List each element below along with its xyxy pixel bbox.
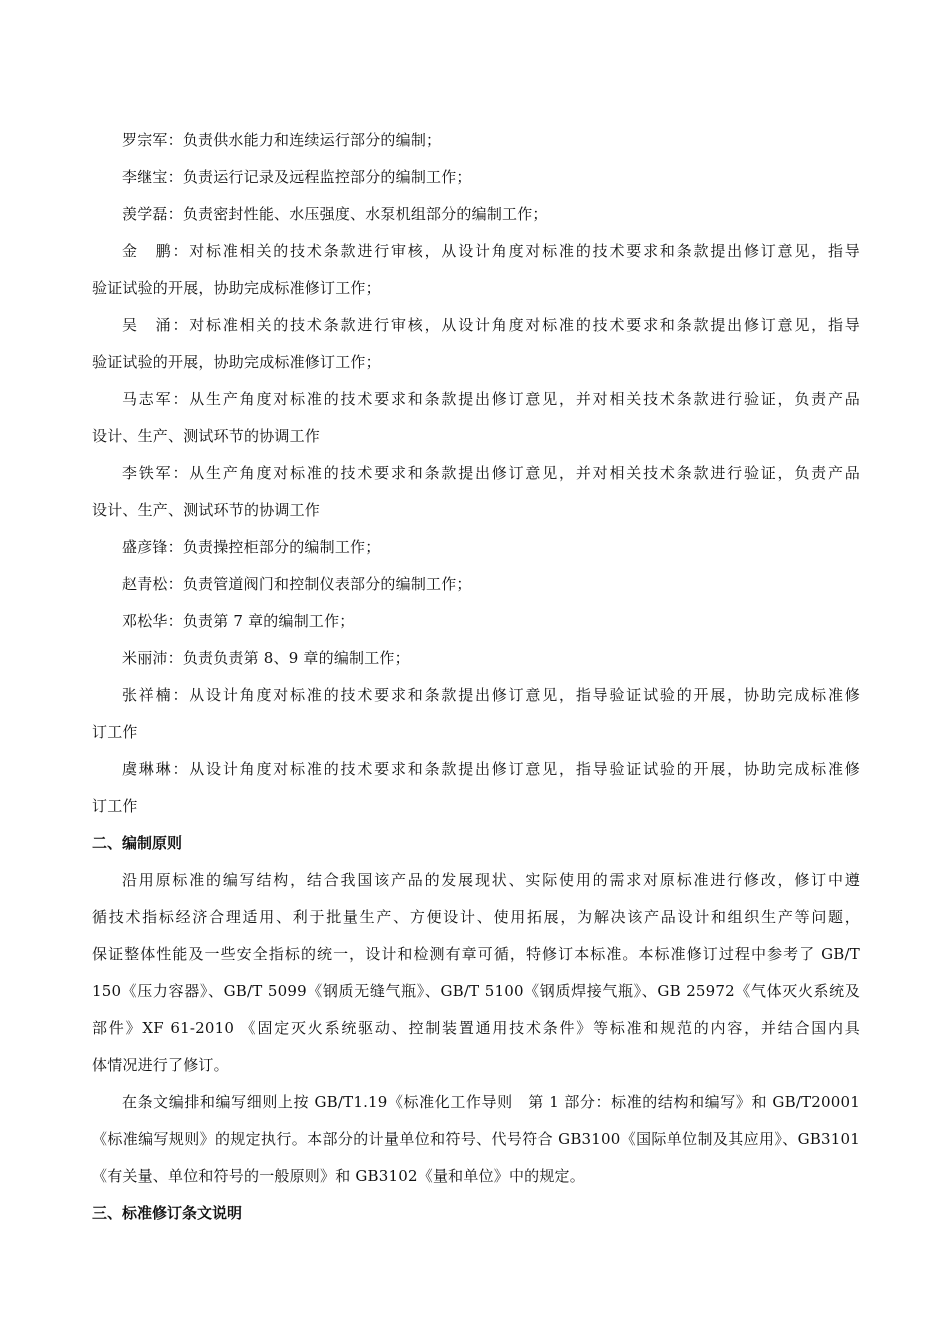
staff-entry-continued: 订工作 [92,714,860,751]
staff-entry: 赵青松：负责管道阀门和控制仪表部分的编制工作； [92,566,860,603]
staff-entry: 李铁军：从生产角度对标准的技术要求和条款提出修订意见，并对相关技术条款进行验证，… [92,455,860,492]
paragraph-line: 循技术指标经济合理适用、利于批量生产、方便设计、使用拓展，为解决该产品设计和组织… [92,899,860,936]
staff-entry-continued: 订工作 [92,788,860,825]
staff-entry-continued: 验证试验的开展，协助完成标准修订工作； [92,270,860,307]
paragraph-line: 《有关量、单位和符号的一般原则》和 GB3102《量和单位》中的规定。 [92,1158,860,1195]
staff-entry-continued: 设计、生产、测试环节的协调工作 [92,492,860,529]
staff-entry: 虞琳琳：从设计角度对标准的技术要求和条款提出修订意见，指导验证试验的开展，协助完… [92,751,860,788]
section-heading-clause-notes: 三、标准修订条文说明 [92,1195,860,1232]
paragraph-line: 体情况进行了修订。 [92,1047,860,1084]
paragraph-line: 150《压力容器》、GB/T 5099《钢质无缝气瓶》、GB/T 5100《钢质… [92,973,860,1010]
staff-entry: 马志军：从生产角度对标准的技术要求和条款提出修订意见，并对相关技术条款进行验证，… [92,381,860,418]
staff-entry: 盛彦锋：负责操控柜部分的编制工作； [92,529,860,566]
staff-entry: 邓松华：负责第 7 章的编制工作； [92,603,860,640]
staff-entry: 张祥楠：从设计角度对标准的技术要求和条款提出修订意见，指导验证试验的开展，协助完… [92,677,860,714]
staff-entry: 罗宗军：负责供水能力和连续运行部分的编制； [92,122,860,159]
paragraph-line: 保证整体性能及一些安全指标的统一，设计和检测有章可循，特修订本标准。本标准修订过… [92,936,860,973]
paragraph-line: 部件》XF 61-2010 《固定灭火系统驱动、控制装置通用技术条件》等标准和规… [92,1010,860,1047]
staff-entry-continued: 验证试验的开展，协助完成标准修订工作； [92,344,860,381]
staff-entry-continued: 设计、生产、测试环节的协调工作 [92,418,860,455]
section-heading-principles: 二、编制原则 [92,825,860,862]
paragraph-line: 《标准编写规则》的规定执行。本部分的计量单位和符号、代号符合 GB3100《国际… [92,1121,860,1158]
staff-entry: 金 鹏：对标准相关的技术条款进行审核，从设计角度对标准的技术要求和条款提出修订意… [92,233,860,270]
paragraph-line: 沿用原标准的编写结构，结合我国该产品的发展现状、实际使用的需求对原标准进行修改，… [92,862,860,899]
staff-entry: 米丽沛：负责负责第 8、9 章的编制工作； [92,640,860,677]
staff-entry: 李继宝：负责运行记录及远程监控部分的编制工作； [92,159,860,196]
staff-entry: 羡学磊：负责密封性能、水压强度、水泵机组部分的编制工作； [92,196,860,233]
document-page: 罗宗军：负责供水能力和连续运行部分的编制； 李继宝：负责运行记录及远程监控部分的… [92,122,860,1232]
staff-entry: 吴 涌：对标准相关的技术条款进行审核，从设计角度对标准的技术要求和条款提出修订意… [92,307,860,344]
paragraph-line: 在条文编排和编写细则上按 GB/T1.19《标准化工作导则 第 1 部分：标准的… [92,1084,860,1121]
